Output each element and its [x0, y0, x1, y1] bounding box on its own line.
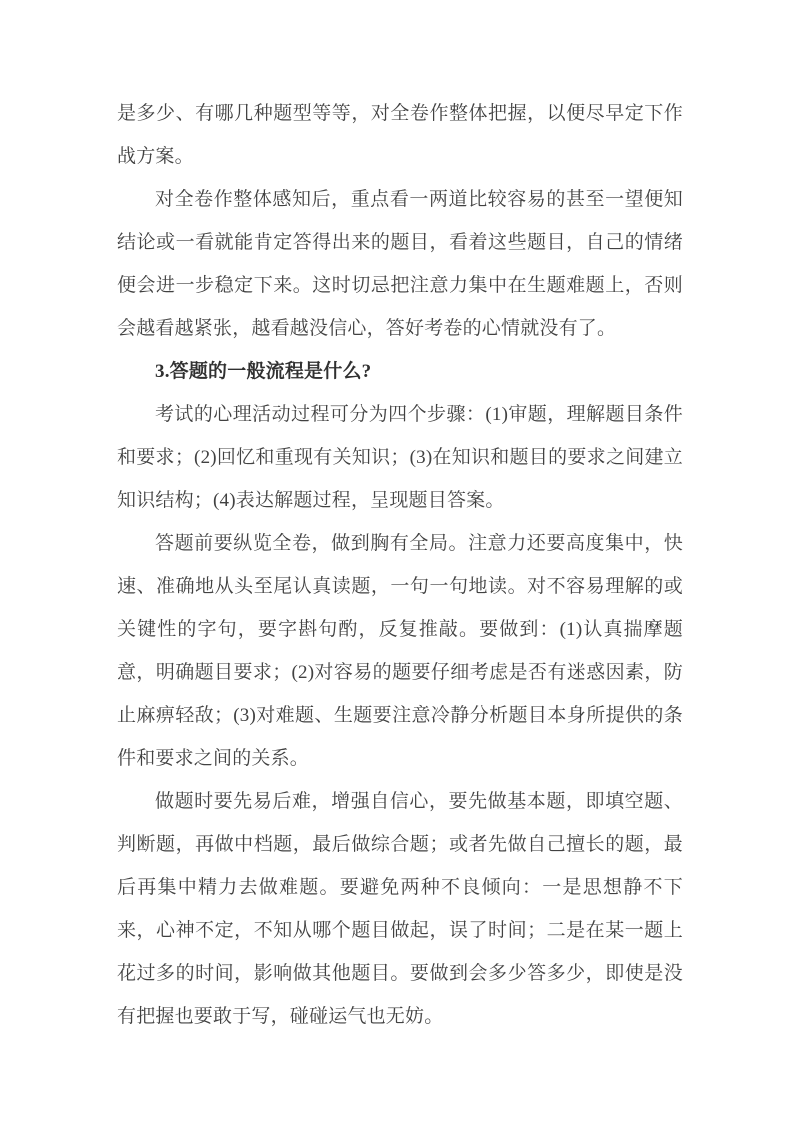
document-body: 是多少、有哪几种题型等等，对全卷作整体把握，以便尽早定下作战方案。对全卷作整体感… [117, 92, 683, 1038]
paragraph: 是多少、有哪几种题型等等，对全卷作整体把握，以便尽早定下作战方案。 [117, 92, 683, 178]
paragraph: 考试的心理活动过程可分为四个步骤：(1)审题，理解题目条件和要求；(2)回忆和重… [117, 393, 683, 522]
section-heading: 3.答题的一般流程是什么? [117, 350, 683, 393]
paragraph: 做题时要先易后难，增强自信心，要先做基本题，即填空题、判断题，再做中档题，最后做… [117, 780, 683, 1038]
document-page: 是多少、有哪几种题型等等，对全卷作整体把握，以便尽早定下作战方案。对全卷作整体感… [0, 0, 793, 1122]
paragraph: 答题前要纵览全卷，做到胸有全局。注意力还要高度集中，快速、准确地从头至尾认真读题… [117, 522, 683, 780]
paragraph: 对全卷作整体感知后，重点看一两道比较容易的甚至一望便知结论或一看就能肯定答得出来… [117, 178, 683, 350]
